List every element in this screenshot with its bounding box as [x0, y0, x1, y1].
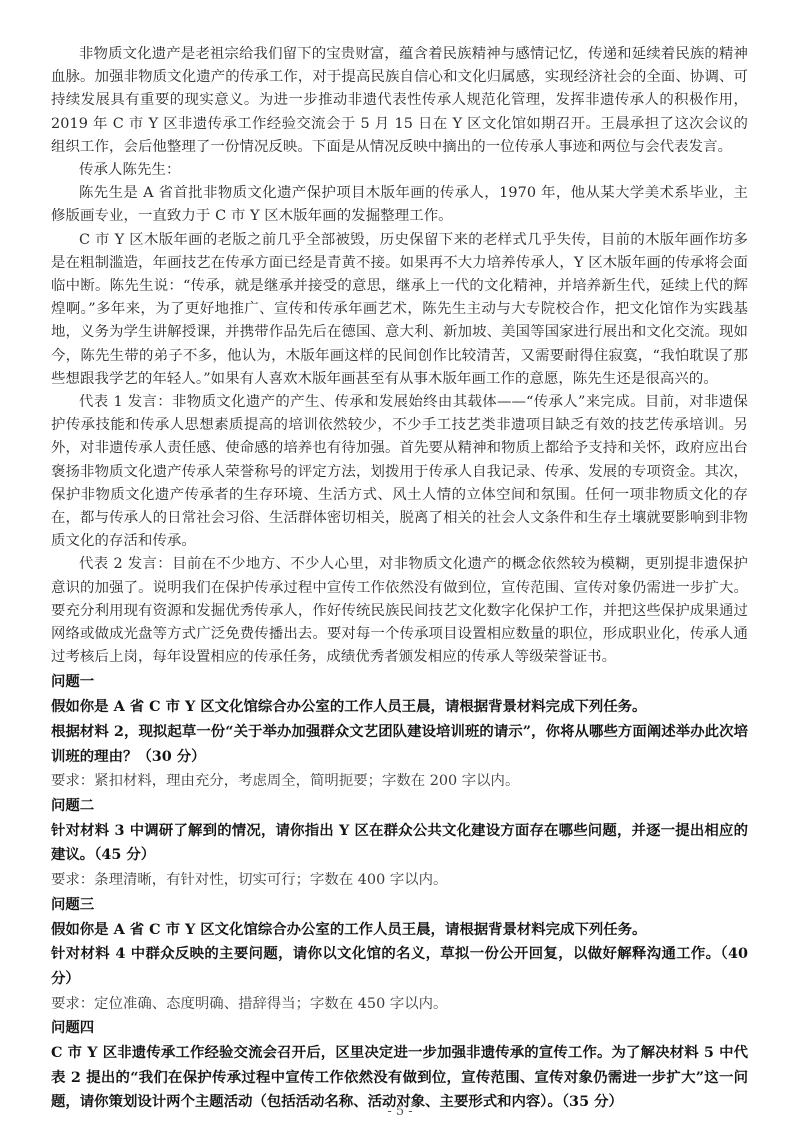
question-title: 问题二 [51, 794, 748, 819]
inheritor-heading: 传承人陈先生： [51, 159, 748, 182]
representative-1-speech: 代表 1 发言：非物质文化遗产的产生、传承和发展始终由其载体——“传承人”来完成… [51, 391, 748, 553]
representative-2-speech: 代表 2 发言：目前在不少地方、不少人心里，对非物质文化遗产的概念依然较为模糊，… [51, 553, 748, 669]
question-4: 问题四 C 市 Y 区非遗传承工作经验交流会召开后，区里决定进一步加强非遗传承的… [51, 1016, 748, 1115]
question-1: 问题一 假如你是 A 省 C 市 Y 区文化馆综合办公室的工作人员王晨，请根据背… [51, 670, 748, 794]
question-task: 针对材料 4 中群众反映的主要问题，请你以文化馆的名义，草拟一份公开回复，以做好… [51, 942, 748, 991]
inheritor-story-paragraph: C 市 Y 区木版年画的老版之前几乎全部被毁，历史保留下来的老样式几乎失传，目前… [51, 229, 748, 391]
question-context: 假如你是 A 省 C 市 Y 区文化馆综合办公室的工作人员王晨，请根据背景材料完… [51, 695, 748, 720]
question-requirement: 要求：定位准确、态度明确、措辞得当；字数在 450 字以内。 [51, 992, 748, 1017]
question-title: 问题四 [51, 1016, 748, 1041]
document-page: 非物质文化遗产是老祖宗给我们留下的宝贵财富，蕴含着民族精神与感情记忆，传递和延续… [51, 43, 748, 1115]
question-context: 假如你是 A 省 C 市 Y 区文化馆综合办公室的工作人员王晨，请根据背景材料完… [51, 918, 748, 943]
question-task: 根据材料 2，现拟起草一份“关于举办加强群众文艺团队建设培训班的请示”，你将从哪… [51, 720, 748, 769]
question-3: 问题三 假如你是 A 省 C 市 Y 区文化馆综合办公室的工作人员王晨，请根据背… [51, 893, 748, 1017]
question-2: 问题二 针对材料 3 中调研了解到的情况，请你指出 Y 区在群众公共文化建设方面… [51, 794, 748, 893]
question-title: 问题三 [51, 893, 748, 918]
question-requirement: 要求：条理清晰，有针对性，切实可行；字数在 400 字以内。 [51, 868, 748, 893]
inheritor-bio-paragraph: 陈先生是 A 省首批非物质文化遗产保护项目木版年画的传承人，1970 年，他从某… [51, 182, 748, 228]
question-title: 问题一 [51, 670, 748, 695]
question-requirement: 要求：紧扣材料，理由充分，考虑周全，简明扼要；字数在 200 字以内。 [51, 769, 748, 794]
question-task: 针对材料 3 中调研了解到的情况，请你指出 Y 区在群众公共文化建设方面存在哪些… [51, 819, 748, 868]
questions-section: 问题一 假如你是 A 省 C 市 Y 区文化馆综合办公室的工作人员王晨，请根据背… [51, 670, 748, 1115]
intro-paragraph: 非物质文化遗产是老祖宗给我们留下的宝贵财富，蕴含着民族精神与感情记忆，传递和延续… [51, 43, 748, 159]
page-number: - 5 - [0, 1104, 800, 1119]
